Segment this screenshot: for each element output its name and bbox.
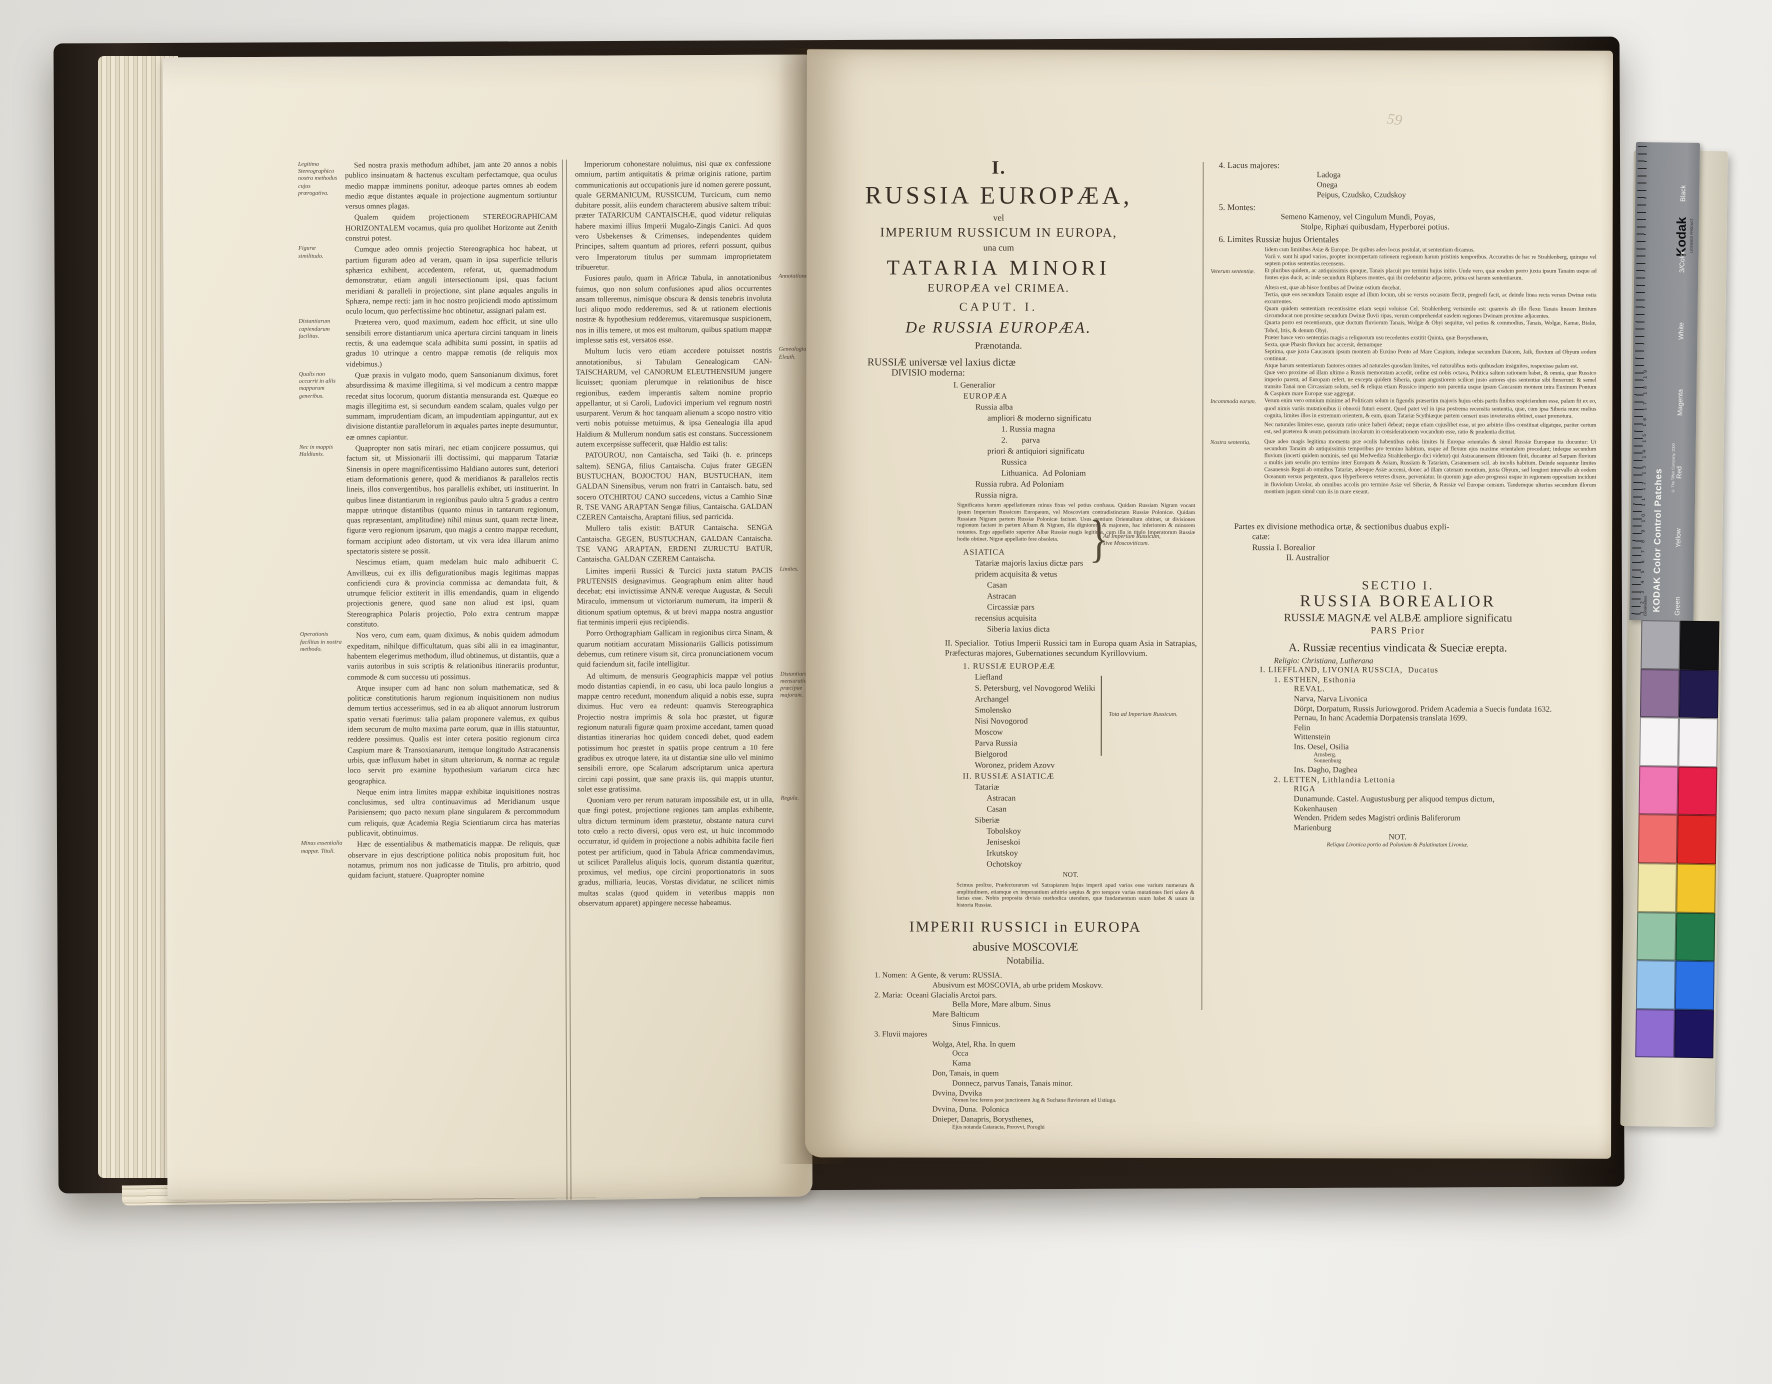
notabilia-line: Dvvina, Duna. Polonica <box>860 1104 1190 1114</box>
paragraph: Nec in mappis Haldianis.Quapropter non s… <box>346 443 558 557</box>
paragraph: Annotationes.Fusiores paulo, quam in Afr… <box>575 273 771 346</box>
divisio-line: Russia alba <box>861 401 1201 413</box>
color-patch <box>1680 621 1720 670</box>
dense-paragraph: Quæ vero proxime ad illam ultimo a Russi… <box>1264 370 1596 399</box>
list-line: Onega <box>1209 180 1599 191</box>
page-number: 59 <box>1386 111 1403 130</box>
margin-note: Minus essentialia mappæ. Tituli. <box>301 841 343 856</box>
patch-row <box>1639 766 1718 816</box>
list-line: Stolpe, Riphæi quibusdam, Hyperborei pot… <box>1209 222 1599 233</box>
divisio-line: Casan <box>861 579 1201 591</box>
dense-paragraph: Tertia, quæ eos secundum Tanaim usque ad… <box>1265 292 1597 307</box>
notabilia-line: Occa <box>860 1049 1190 1059</box>
divisio-line: Tobolskoy <box>861 825 1201 837</box>
paragraph: Atque insuper cum ad hanc non solum math… <box>347 683 559 787</box>
divisio-line: NOT. <box>945 869 1197 880</box>
color-patch <box>1678 766 1718 815</box>
color-label: 3/Color <box>1679 251 1686 273</box>
brace-icon: } <box>1089 534 1108 544</box>
margin-note: Nostra sententia. <box>1210 440 1258 447</box>
divisio-line: Parva Russia <box>861 737 1201 749</box>
paragraph: Mullero talis existit: BATUR Cantaischa.… <box>577 523 773 565</box>
notabilia-line: Mare Balticum <box>860 1010 1190 1020</box>
list-line: 6. Limites Russiæ hujus Orientales <box>1209 234 1599 245</box>
divisio-line: 1. RUSSIÆ EUROPÆÆ <box>861 660 1201 672</box>
notabilia-line: 3. Fluvii majores <box>860 1029 1190 1039</box>
dense-paragraph: Varii v. sunt hi apud varios, propter in… <box>1265 254 1597 269</box>
color-patch <box>1639 717 1679 766</box>
right-page-center-column: I. RUSSIA EUROPÆA, vel IMPERIUM RUSSICUM… <box>860 157 1202 1131</box>
color-patch <box>1678 718 1718 767</box>
margin-note: Legitima Stereographica nostra methodus … <box>298 162 340 198</box>
divisio-line: II. RUSSIÆ ASIATICÆ <box>861 770 1201 782</box>
notabilia-line: 1. Nomen: A Gente, & verum: RUSSIA. <box>860 970 1190 980</box>
divisio-line: I. Generalior <box>861 379 1201 391</box>
list-line: Peipus, Czudsko, Czudskoy <box>1209 190 1599 201</box>
notabilia-line: Abusivum est MOSCOVIA, ab urbe pridem Mo… <box>860 980 1190 990</box>
partes-line: II. Australior <box>1208 553 1598 564</box>
dense-paragraph: Quam quidem sententiam recentissime etia… <box>1264 306 1596 321</box>
notabilia-line: Donnecz, parvus Tanais, Tanais minor. <box>860 1078 1190 1088</box>
paragraph: Qualis non occurrit in aliis mapparum ge… <box>346 370 558 443</box>
patch-row <box>1640 669 1719 719</box>
left-page: Legitima Stereographica nostra methodus … <box>163 55 813 1200</box>
brace-line-icon <box>1101 676 1102 756</box>
chapter-title: RUSSIA EUROPÆA, <box>862 182 1136 210</box>
color-patch <box>1636 960 1676 1009</box>
paragraph: Regula.Quoniam vero per rerum naturam im… <box>578 795 774 909</box>
patch-row <box>1635 1009 1714 1059</box>
color-patch <box>1637 912 1677 961</box>
divisio-line: Astracan <box>861 792 1201 804</box>
divisio-line: Siberiæ <box>861 814 1201 826</box>
divisio-line: Jeniseskoi <box>861 836 1201 848</box>
sectio-number: SECTIO I. <box>1208 580 1588 591</box>
sectio-block: SECTIO I. RUSSIA BOREALIOR RUSSIÆ MAGNÆ … <box>1208 580 1588 850</box>
place-line: Reliqua Livonica portio ad Poloniam & Pa… <box>1208 842 1588 849</box>
divisio-line: Russica <box>861 456 1201 468</box>
divisio-line: Woronez, pridem Azovv <box>861 759 1201 771</box>
list-line: Semeno Kamenoy, vel Cingulum Mundi, Poya… <box>1209 212 1599 223</box>
brace-note-tota: Tota ad Imperium Russicum. <box>1101 676 1211 720</box>
header-line: TATARIA MINORI <box>862 255 1136 280</box>
dense-paragraph: Incommoda earum.Verum enim vero omnium m… <box>1264 399 1596 421</box>
header-line: Prænotanda. <box>861 341 1135 351</box>
header-line: EUROPÆA vel CRIMEA. <box>862 282 1136 294</box>
dense-paragraphs: Iidem cum limitibus Asiæ & Europæ. De qu… <box>1265 247 1597 269</box>
divisio-line: Casan <box>861 803 1201 815</box>
dense-paragraph: Nostra sententia.Quæ adeo magis legitima… <box>1264 439 1596 496</box>
color-patches <box>1635 620 1719 1058</box>
list-line: 4. Lacus majores: <box>1209 160 1599 171</box>
centimetres-label: Centimetres <box>1643 556 1648 616</box>
color-label: White <box>1678 323 1685 340</box>
color-patch <box>1674 1009 1714 1058</box>
paragraph: Legitima Stereographica nostra methodus … <box>345 160 557 212</box>
patch-row <box>1637 912 1716 962</box>
left-page-column-2: Imperiorum cohonestare noluimus, nisi qu… <box>575 159 774 910</box>
partes-line: catæ: <box>1208 532 1598 543</box>
divisio-intro: RUSSIÆ universæ vel laxius dictæ <box>861 357 1201 369</box>
patch-row <box>1636 960 1715 1010</box>
color-label: Red <box>1676 466 1683 479</box>
divisio-line: priori & antiquiori significatu <box>861 445 1201 457</box>
sectio-heading-a: A. Russiæ recentius vindicata & Sueciæ e… <box>1208 643 1588 654</box>
kodak-ruler: 1 2 3 4 5 6 7 8 9 10 11 12 13 14 15 16 1… <box>1629 142 1700 621</box>
sectio-pars: PARS Prior <box>1208 626 1588 637</box>
notabilia-subtitle: abusive MOSCOVIÆ <box>860 939 1190 955</box>
margin-note: Incommoda earum. <box>1210 399 1258 406</box>
dense-paragraph: Veterum sententiæ.Et pluribus quidem, ac… <box>1265 268 1597 283</box>
paragraph: Qualem quidem projectionem STEREOGRAPHIC… <box>345 212 557 244</box>
paragraph: Distantiarum capiendarum facilitas.Præte… <box>346 317 558 369</box>
color-patch <box>1639 766 1679 815</box>
brace-note-imperium: } Ad Imperium Russicum,sive Moscoviticum… <box>1089 534 1199 549</box>
divisio-line: Ochotskoy <box>861 858 1201 870</box>
notabilia-line: Kama <box>860 1059 1190 1069</box>
divisio-line: Tatariæ <box>861 781 1201 793</box>
divisio-line: Russia nigra. <box>861 489 1201 501</box>
licensed-product-label: LICENSED PRODUCT <box>1689 173 1694 253</box>
paragraph: Minus essentialia mappæ. Tituli.Hæc de e… <box>348 839 560 881</box>
notabilia-block: IMPERII RUSSICI in EUROPA abusive MOSCOV… <box>860 919 1190 1131</box>
color-patch <box>1676 912 1716 961</box>
paragraph: Imperiorum cohonestare noluimus, nisi qu… <box>575 159 771 273</box>
strip-title: KODAK Color Control Patches <box>1651 260 1666 612</box>
paragraph: Operationis facilitas in nostra methodo.… <box>347 630 559 682</box>
sectio-title: RUSSIA BOREALIOR <box>1208 596 1588 607</box>
divisio-line: Circassiæ pars <box>861 601 1201 613</box>
numbered-items: 4. Lacus majores:LadogaOnegaPeipus, Czud… <box>1209 160 1599 245</box>
header-line: vel <box>862 212 1136 222</box>
divisio-intro: DIVISIO moderna: <box>861 368 1201 380</box>
divisio-line: Siberia laxius dicta <box>861 623 1201 635</box>
paragraph: Figuræ similitudo.Cumque adeo omnis proj… <box>345 244 557 317</box>
notabilia-subtitle: Notabilia. <box>860 956 1190 967</box>
header-line: una cum <box>862 242 1136 252</box>
patch-row <box>1637 863 1716 913</box>
paragraph: Limites.Limites imperii Russici & Turcic… <box>577 565 773 628</box>
place-line: I. LIEFFLAND, LIVONIA RUSSCIA, Ducatus <box>1208 665 1588 675</box>
right-page: 59 I. RUSSIA EUROPÆA, vel IMPERIUM RUSSI… <box>805 49 1613 1158</box>
dense-paragraph: Nec naturales limites esse, quorum ratio… <box>1264 422 1596 437</box>
color-patch <box>1641 620 1681 669</box>
notabilia-line: Bella More, Mare album. Sinus <box>860 1000 1190 1010</box>
margin-note: Nec in mappis Haldianis. <box>299 445 341 460</box>
patch-row <box>1638 815 1717 865</box>
color-patch <box>1638 815 1678 864</box>
paragraph: PATOUROU, non Cantaischa, sed Taiki (h. … <box>576 450 772 523</box>
right-page-right-column: 4. Lacus majores:LadogaOnegaPeipus, Czud… <box>1208 158 1599 849</box>
notabilia-list: 1. Nomen: A Gente, & verum: RUSSIA.Abusi… <box>860 970 1190 1131</box>
dense-paragraphs: Altera est, quæ ab hisce fontibus ad Dwi… <box>1264 285 1596 399</box>
color-patch <box>1637 863 1677 912</box>
notabilia-line: Wolga, Atel, Rha. In quem <box>860 1039 1190 1049</box>
subchapter-title: De RUSSIA EUROPÆA. <box>861 319 1135 337</box>
chapter-header: I. RUSSIA EUROPÆA, vel IMPERIUM RUSSICUM… <box>861 157 1135 351</box>
color-label: Black <box>1680 185 1687 202</box>
divisio-line: Lithuanica. Ad Poloniam <box>861 467 1201 479</box>
divisio-line: Scimus prolixe, Præfecturarum vel Satrap… <box>956 882 1194 910</box>
divisio-line: ampliori & moderno significatu <box>861 412 1201 424</box>
paragraph: Neque enim intra limites mappæ exhibitæ … <box>348 786 560 838</box>
patch-row <box>1639 717 1718 767</box>
color-patch <box>1676 864 1716 913</box>
margin-note: Veterum sententiæ. <box>1211 269 1259 276</box>
color-patch <box>1679 669 1719 718</box>
divisio-line: 1. Russia magna <box>861 423 1201 435</box>
divisio-line: II. Specialior. Totius Imperii Russici t… <box>945 638 1197 658</box>
caput-heading: CAPUT. I. <box>862 299 1136 314</box>
divisio-line: pridem acquisita & vetus <box>861 568 1201 580</box>
color-patch <box>1635 1009 1675 1058</box>
divisio-line: Irkutskoy <box>861 847 1201 859</box>
color-label: Green <box>1674 597 1681 616</box>
notabilia-line: Don, Tanais, in quem <box>860 1068 1190 1078</box>
patch-row <box>1641 620 1720 670</box>
ruler-numbers: 1 2 3 4 5 6 7 8 9 10 11 12 13 14 15 16 1… <box>1640 148 1652 614</box>
partes-line: Partes ex divisione methodica ortæ, & se… <box>1208 522 1598 533</box>
paragraph: Nescimus etiam, quam medelam huic malo a… <box>347 557 559 630</box>
divisio-line: Bielgorod <box>861 748 1201 760</box>
margin-note: Operationis facilitas in nostra methodo. <box>300 632 342 654</box>
divisio-tree: I. GeneraliorEUROPÆARussia albaampliori … <box>860 379 1201 910</box>
header-line: IMPERIUM RUSSICUM IN EUROPA, <box>862 224 1136 240</box>
chapter-number: I. <box>862 157 1136 179</box>
left-page-column-1: Legitima Stereographica nostra methodus … <box>345 160 560 882</box>
divisio-line: Astracan <box>861 590 1201 602</box>
margin-note: Qualis non occurrit in aliis mapparum ge… <box>299 372 341 401</box>
color-label: Yellow <box>1675 528 1682 548</box>
kodak-color-strip: 1 2 3 4 5 6 7 8 9 10 11 12 13 14 15 16 1… <box>1620 142 1734 1127</box>
sectio-list: Religio: Christiana, LutheranaI. LIEFFLA… <box>1208 656 1588 850</box>
divisio-line: Russia rubra. Ad Poloniam <box>861 478 1201 490</box>
book-scan: Legitima Stereographica nostra methodus … <box>0 0 1772 1384</box>
notabilia-line: 2. Maria: Oceani Glacialis Arctoi pars. <box>860 990 1190 1000</box>
divisio-line: recensius acquisita <box>861 612 1201 624</box>
dense-paragraph: Quarta porro est recentiorum, quæ ductum… <box>1264 321 1596 336</box>
notabilia-line: Dnieper, Danapris, Borysthenes, <box>860 1114 1190 1124</box>
column-divider-rule <box>1201 162 1203 1010</box>
divisio-line: 2. parva <box>861 434 1201 446</box>
partes-line: Russia I. Borealior <box>1208 543 1598 554</box>
dense-paragraph: Septima, quæ juxta Caucasum ipsum montem… <box>1264 349 1596 364</box>
notabilia-line: Ejus notanda Cataracta, Porovvi, Poroghi <box>860 1124 1190 1131</box>
divisio-line: Tatariæ majoris laxius dictæ pars <box>861 557 1201 569</box>
list-line: Ladoga <box>1209 170 1599 181</box>
paragraph: Genealogia Can. Eleuth.Multum lucis vero… <box>576 346 772 450</box>
margin-note: Figuræ similitudo. <box>298 246 340 261</box>
divisio-line: Moscow <box>861 726 1201 738</box>
paragraph: Porro Orthographiam Gallicam in regionib… <box>577 628 773 670</box>
notabilia-title: IMPERII RUSSICI in EUROPA <box>860 919 1190 937</box>
divisio-block: RUSSIÆ universæ vel laxius dictæ DIVISIO… <box>860 357 1201 910</box>
color-patch <box>1677 815 1717 864</box>
color-label: Magenta <box>1677 390 1684 417</box>
limites-dense-block: Iidem cum limitibus Asiæ & Europæ. De qu… <box>1264 247 1596 496</box>
partes-block: Partes ex divisione methodica ortæ, & se… <box>1208 522 1598 565</box>
list-line: 5. Montes: <box>1209 202 1599 213</box>
paragraph: Distantiarum mensuratio præcipue majorum… <box>577 670 774 794</box>
margin-note: Distantiarum capiendarum facilitas. <box>299 319 341 341</box>
divisio-line: EUROPÆA <box>861 390 1201 402</box>
color-patch <box>1640 669 1680 718</box>
column-divider-rule <box>562 160 572 1200</box>
color-patch <box>1675 961 1715 1010</box>
notabilia-line: Sinus Finnicus. <box>860 1019 1190 1029</box>
sectio-subtitle: RUSSIÆ MAGNÆ vel ALBÆ ampliore significa… <box>1208 613 1588 624</box>
